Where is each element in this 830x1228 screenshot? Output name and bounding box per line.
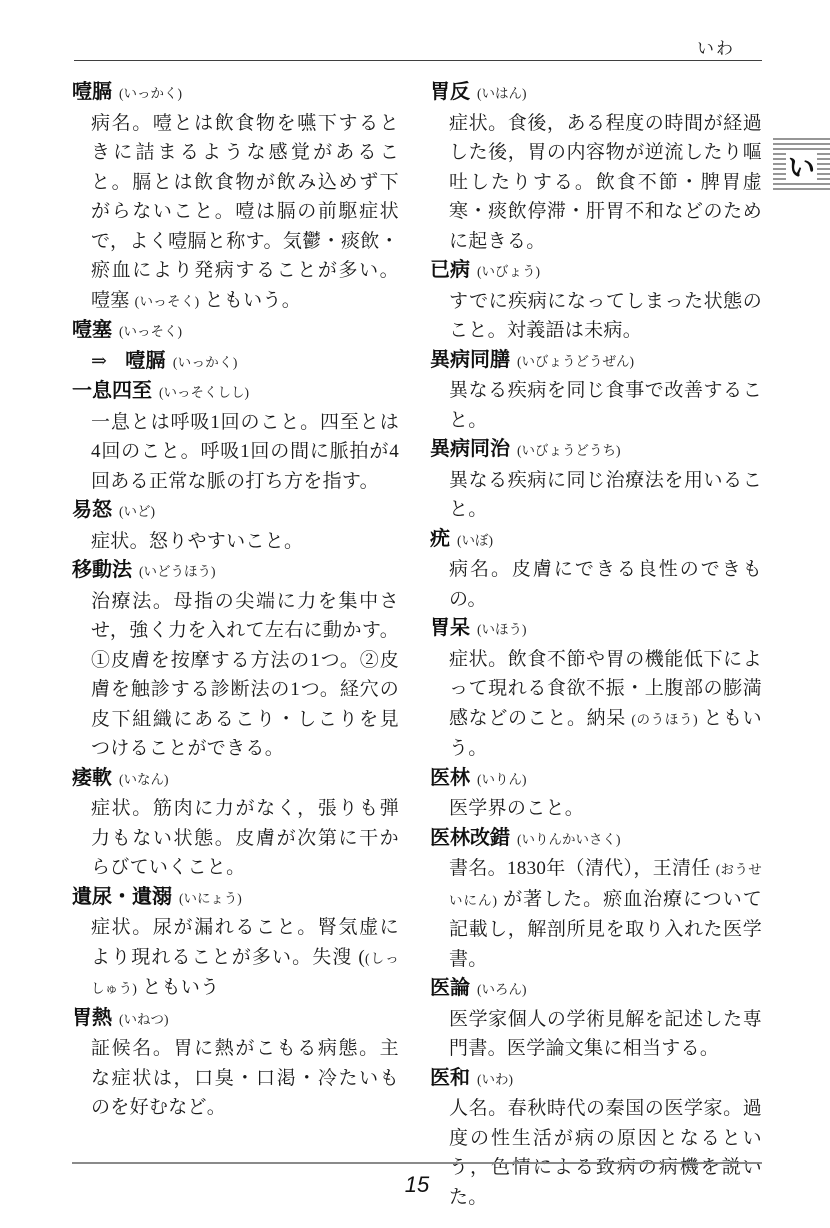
entry-headline: 已病(いびょう) — [430, 256, 762, 287]
entry-reading: (いびょうどうぜん) — [517, 354, 634, 369]
left-column: 噎膈(いっかく)病名。噎とは飲食物を嚥下するときに詰まるような感覚があること。膈… — [72, 78, 399, 1212]
entry-cross-reference: ⇒噎膈(いっかく) — [72, 347, 399, 378]
entry-body: 治療法。母指の尖端に力を集中させ，強く力を入れて左右に動かす。①皮膚を按摩する方… — [72, 587, 399, 764]
dictionary-entry: 医林(いりん)医学界のこと。 — [430, 764, 762, 824]
footer-rule — [72, 1162, 762, 1164]
entry-body: 異なる疾病を同じ食事で改善すること。 — [430, 376, 762, 435]
entry-body: 異なる疾病に同じ治療法を用いること。 — [430, 466, 762, 525]
entry-reading: (いびょう) — [477, 264, 540, 279]
entry-reading: (いろん) — [477, 982, 527, 997]
dictionary-entry: 移動法(いどうほう)治療法。母指の尖端に力を集中させ，強く力を入れて左右に動かす… — [72, 556, 399, 764]
cross-ref-target: 噎膈 — [125, 350, 166, 372]
entry-body: すでに疾病になってしまった状態のこと。対義語は未病。 — [430, 287, 762, 346]
dictionary-entry: 異病同膳(いびょうどうぜん)異なる疾病を同じ食事で改善すること。 — [430, 346, 762, 436]
entry-body: 症状。筋肉に力がなく，張りも弾力もない状態。皮膚が次第に干からびていくこと。 — [72, 794, 399, 883]
entry-headword: 医和 — [430, 1067, 470, 1089]
entry-headword: 疣 — [430, 528, 450, 550]
entry-reading: (いっかく) — [119, 86, 182, 101]
entry-reading: (いどうほう) — [139, 564, 216, 579]
entry-headline: 疣(いぼ) — [430, 525, 762, 556]
entry-body: 症状。食後，ある程度の時間が経過した後，胃の内容物が逆流したり嘔吐したりする。飲… — [430, 109, 762, 257]
entry-headword: 胃熱 — [72, 1007, 112, 1029]
entry-headword: 噎膈 — [72, 81, 112, 103]
entry-body: 一息とは呼吸1回のこと。四至とは4回のこと。呼吸1回の間に脈拍が4回ある正常な脈… — [72, 408, 399, 497]
entry-headword: 医林改錯 — [430, 827, 510, 849]
inline-reading: (おうせいにん) — [449, 862, 762, 908]
entry-reading: (いほう) — [477, 622, 527, 637]
dictionary-entry: 噎膈(いっかく)病名。噎とは飲食物を嚥下するときに詰まるような感覚があること。膈… — [72, 78, 399, 316]
entry-body: 証候名。胃に熱がこもる病態。主な症状は，口臭・口渇・冷たいものを好むなど。 — [72, 1034, 399, 1123]
entry-headline: 医林改錯(いりんかいさく) — [430, 824, 762, 855]
entry-body: 症状。尿が漏れること。腎気虚により現れることが多い。失溲 ((しっしゅう) とも… — [72, 913, 399, 1004]
entry-headword: 胃反 — [430, 81, 470, 103]
entry-reading: (いど) — [119, 504, 155, 519]
index-tab: い — [773, 138, 830, 193]
dictionary-entry: 胃反(いはん)症状。食後，ある程度の時間が経過した後，胃の内容物が逆流したり嘔吐… — [430, 78, 762, 256]
running-head: いわ — [697, 34, 735, 59]
entry-headword: 一息四至 — [72, 380, 152, 402]
entry-headword: 医論 — [430, 977, 470, 999]
dictionary-entry: 已病(いびょう)すでに疾病になってしまった状態のこと。対義語は未病。 — [430, 256, 762, 346]
dictionary-entry: 医林改錯(いりんかいさく)書名。1830年（清代），王清任 (おうせいにん) が… — [430, 824, 762, 975]
dictionary-entry: 胃熱(いねつ)証候名。胃に熱がこもる病態。主な症状は，口臭・口渇・冷たいものを好… — [72, 1004, 399, 1123]
inline-reading: (しっしゅう) — [91, 951, 399, 997]
entry-reading: (いにょう) — [179, 891, 242, 906]
entry-headline: 噎膈(いっかく) — [72, 78, 399, 109]
entry-reading: (いっそく) — [119, 324, 182, 339]
entry-headword: 異病同治 — [430, 438, 510, 460]
entry-headline: 易怒(いど) — [72, 496, 399, 527]
dictionary-entry: 易怒(いど)症状。怒りやすいこと。 — [72, 496, 399, 556]
dictionary-entry: 胃呆(いほう)症状。飲食不節や胃の機能低下によって現れる食欲不振・上腹部の膨満感… — [430, 614, 762, 764]
entry-headword: 已病 — [430, 259, 470, 281]
entry-headword: 異病同膳 — [430, 349, 510, 371]
entry-headword: 噎塞 — [72, 319, 112, 341]
entry-body: 病名。噎とは飲食物を嚥下するときに詰まるような感覚があること。膈とは飲食物が飲み… — [72, 109, 399, 317]
entry-headline: 胃反(いはん) — [430, 78, 762, 109]
entry-reading: (いりん) — [477, 772, 527, 787]
entry-headline: 異病同膳(いびょうどうぜん) — [430, 346, 762, 377]
entry-reading: (いねつ) — [119, 1012, 169, 1027]
page-number: 15 — [72, 1172, 762, 1198]
dictionary-entry: 一息四至(いっそくしし)一息とは呼吸1回のこと。四至とは4回のこと。呼吸1回の間… — [72, 377, 399, 496]
entry-body: 症状。飲食不節や胃の機能低下によって現れる食欲不振・上腹部の膨満感などのこと。納… — [430, 645, 762, 764]
entry-body: 書名。1830年（清代），王清任 (おうせいにん) が著した。瘀血治療について記… — [430, 854, 762, 974]
entry-body: 病名。皮膚にできる良性のできもの。 — [430, 555, 762, 614]
entry-headline: 遺尿・遺溺(いにょう) — [72, 883, 399, 914]
dictionary-entry: 噎塞(いっそく)⇒噎膈(いっかく) — [72, 316, 399, 377]
dictionary-entry: 痿軟(いなん)症状。筋肉に力がなく，張りも弾力もない状態。皮膚が次第に干からびて… — [72, 764, 399, 883]
entry-body: 症状。怒りやすいこと。 — [72, 527, 399, 557]
entry-reading: (いわ) — [477, 1072, 513, 1087]
entry-reading: (いびょうどうち) — [517, 443, 621, 458]
content-columns: 噎膈(いっかく)病名。噎とは飲食物を嚥下するときに詰まるような感覚があること。膈… — [72, 78, 762, 1212]
header-rule — [74, 60, 762, 61]
entry-headline: 胃熱(いねつ) — [72, 1004, 399, 1035]
entry-headword: 遺尿・遺溺 — [72, 886, 172, 908]
entry-headline: 噎塞(いっそく) — [72, 316, 399, 347]
dictionary-entry: 遺尿・遺溺(いにょう)症状。尿が漏れること。腎気虚により現れることが多い。失溲 … — [72, 883, 399, 1004]
entry-headline: 医和(いわ) — [430, 1064, 762, 1095]
index-tab-label: い — [786, 150, 817, 181]
entry-body: 医学家個人の学術見解を記述した専門書。医学論文集に相当する。 — [430, 1005, 762, 1064]
entry-headword: 易怒 — [72, 499, 112, 521]
entry-headword: 移動法 — [72, 559, 132, 581]
right-column: 胃反(いはん)症状。食後，ある程度の時間が経過した後，胃の内容物が逆流したり嘔吐… — [430, 78, 762, 1212]
entry-reading: (いっそくしし) — [159, 385, 249, 400]
entry-reading: (いはん) — [477, 86, 527, 101]
entry-headline: 移動法(いどうほう) — [72, 556, 399, 587]
entry-headline: 胃呆(いほう) — [430, 614, 762, 645]
dictionary-entry: 異病同治(いびょうどうち)異なる疾病に同じ治療法を用いること。 — [430, 435, 762, 525]
entry-headline: 痿軟(いなん) — [72, 764, 399, 795]
entry-headword: 痿軟 — [72, 767, 112, 789]
arrow-right-icon: ⇒ — [91, 351, 107, 372]
entry-headline: 一息四至(いっそくしし) — [72, 377, 399, 408]
entry-headline: 異病同治(いびょうどうち) — [430, 435, 762, 466]
cross-ref-reading: (いっかく) — [173, 355, 238, 370]
entry-headword: 胃呆 — [430, 617, 470, 639]
dictionary-entry: 医論(いろん)医学家個人の学術見解を記述した専門書。医学論文集に相当する。 — [430, 974, 762, 1064]
entry-reading: (いぼ) — [457, 533, 493, 548]
entry-reading: (いなん) — [119, 772, 169, 787]
dictionary-entry: 疣(いぼ)病名。皮膚にできる良性のできもの。 — [430, 525, 762, 615]
inline-reading: (いっそく) — [135, 294, 200, 309]
entry-headline: 医林(いりん) — [430, 764, 762, 795]
inline-reading: (のうほう) — [631, 712, 698, 727]
dictionary-page: いわ い 噎膈(いっかく)病名。噎とは飲食物を嚥下するときに詰まるような感覚があ… — [0, 0, 830, 1228]
entry-headline: 医論(いろん) — [430, 974, 762, 1005]
entry-body: 医学界のこと。 — [430, 794, 762, 824]
entry-reading: (いりんかいさく) — [517, 832, 621, 847]
entry-headword: 医林 — [430, 767, 470, 789]
